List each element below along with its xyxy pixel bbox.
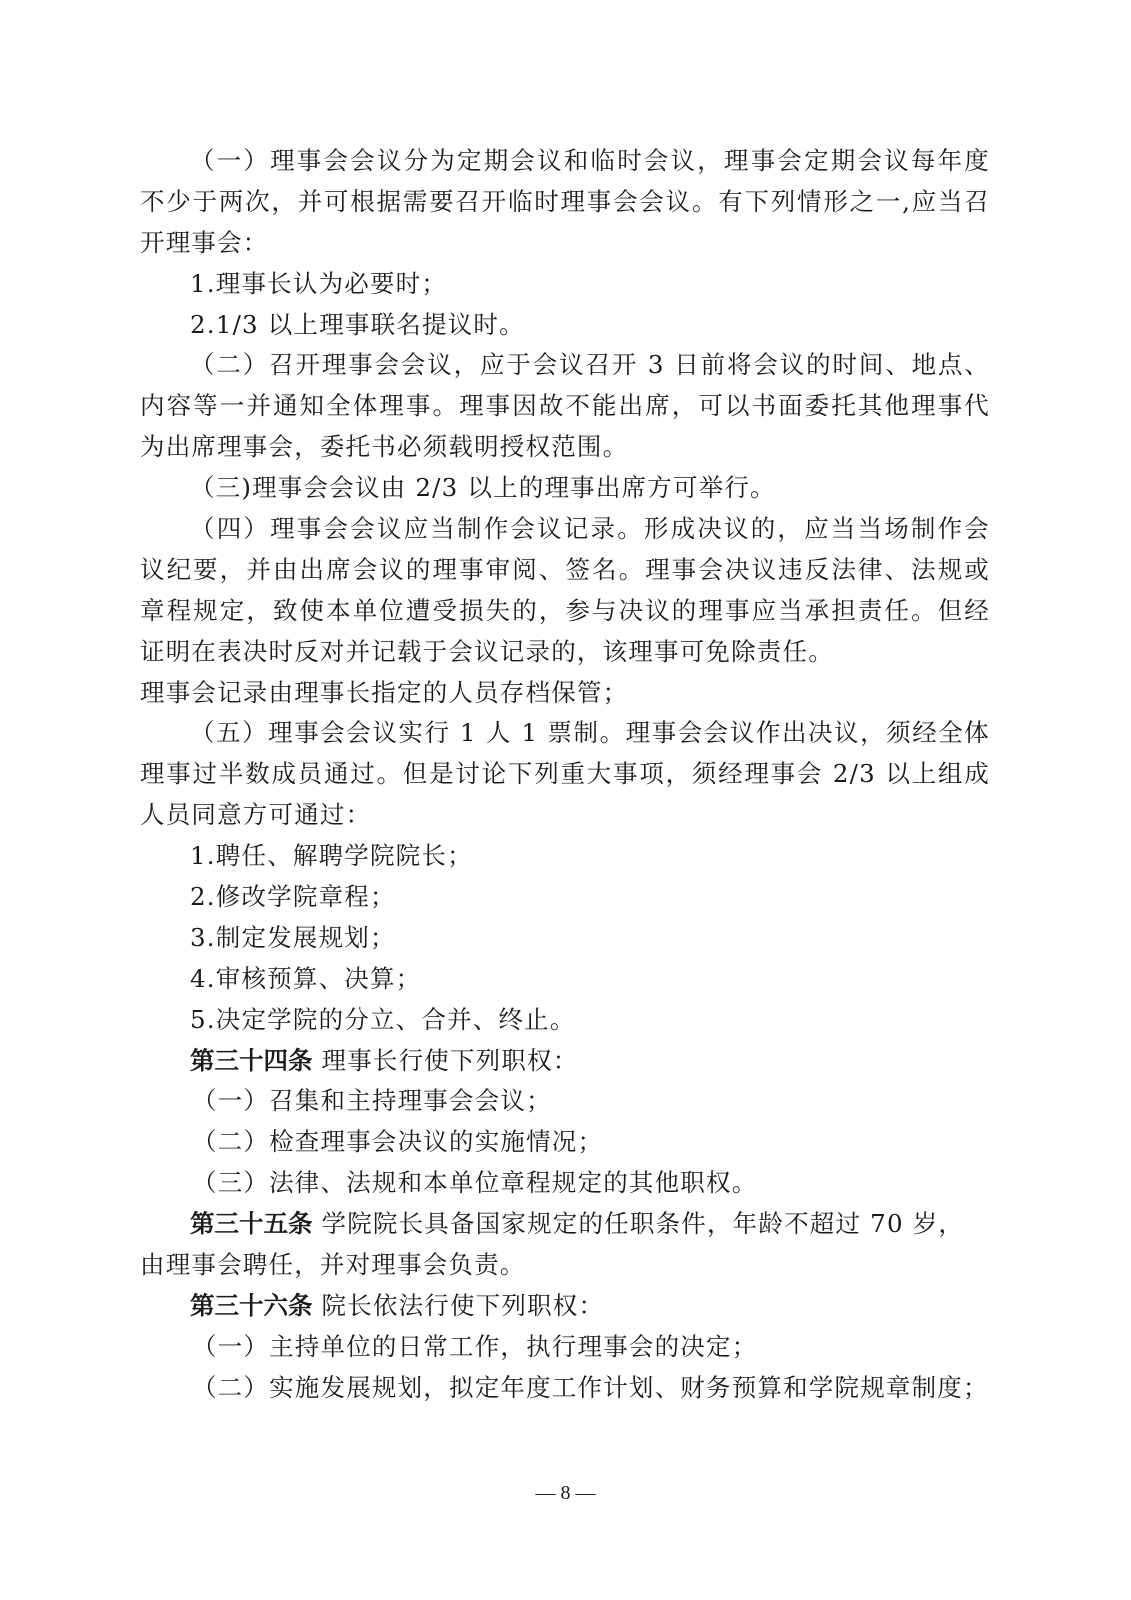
list-item: 1.聘任、解聘学院院长；	[140, 836, 990, 877]
list-item: （一）主持单位的日常工作，执行理事会的决定；	[140, 1327, 990, 1368]
article-text: 学院院长具备国家规定的任职条件，年龄不超过 70 岁，	[313, 1209, 965, 1238]
list-item: 2.修改学院章程；	[140, 877, 990, 918]
article-text: 院长依法行使下列职权：	[313, 1291, 605, 1320]
paragraph-line: （一）理事会会议分为定期会议和临时会议，理事会定期会议每年度	[140, 141, 990, 182]
article-number: 第三十四条	[190, 1046, 313, 1075]
list-item: 3.制定发展规划；	[140, 918, 990, 959]
list-item: （二）实施发展规划，拟定年度工作计划、财务预算和学院规章制度；	[140, 1368, 990, 1409]
paragraph-line: 理事过半数成员通过。但是讨论下列重大事项，须经理事会 2/3 以上组成	[140, 754, 990, 795]
article-number: 第三十五条	[190, 1209, 313, 1238]
paragraph-line: 理事会记录由理事长指定的人员存档保管；	[140, 673, 990, 714]
paragraph-line: 人员同意方可通过：	[140, 795, 990, 836]
list-item: 4.审核预算、决算；	[140, 959, 990, 1000]
paragraph-line: 内容等一并通知全体理事。理事因故不能出席，可以书面委托其他理事代	[140, 386, 990, 427]
article-heading-35: 第三十五条 学院院长具备国家规定的任职条件，年龄不超过 70 岁，	[140, 1204, 990, 1245]
page-number: — 8 —	[0, 1482, 1131, 1505]
paragraph-line: 证明在表决时反对并记载于会议记录的，该理事可免除责任。	[140, 632, 990, 673]
article-text: 理事长行使下列职权：	[313, 1046, 579, 1075]
list-item: （三）法律、法规和本单位章程规定的其他职权。	[140, 1163, 990, 1204]
list-item: 5.决定学院的分立、合并、终止。	[140, 1000, 990, 1041]
article-heading-34: 第三十四条 理事长行使下列职权：	[140, 1041, 990, 1082]
paragraph-line: （四）理事会会议应当制作会议记录。形成决议的，应当当场制作会	[140, 509, 990, 550]
list-item: （二）检查理事会决议的实施情况；	[140, 1122, 990, 1163]
list-item: （一）召集和主持理事会会议；	[140, 1081, 990, 1122]
paragraph-line: （五）理事会会议实行 1 人 1 票制。理事会会议作出决议，须经全体	[140, 713, 990, 754]
paragraph-line: （三)理事会会议由 2/3 以上的理事出席方可举行。	[140, 468, 990, 509]
list-item: 1.理事长认为必要时；	[140, 264, 990, 305]
list-item: 2.1/3 以上理事联名提议时。	[140, 305, 990, 346]
paragraph-line: （二）召开理事会会议，应于会议召开 3 日前将会议的时间、地点、	[140, 345, 990, 386]
paragraph-line: 由理事会聘任，并对理事会负责。	[140, 1245, 990, 1286]
paragraph-line: 不少于两次，并可根据需要召开临时理事会会议。有下列情形之一,应当召	[140, 182, 990, 223]
paragraph-line: 为出席理事会，委托书必须载明授权范围。	[140, 427, 990, 468]
article-heading-36: 第三十六条 院长依法行使下列职权：	[140, 1286, 990, 1327]
paragraph-line: 章程规定，致使本单位遭受损失的，参与决议的理事应当承担责任。但经	[140, 591, 990, 632]
paragraph-line: 开理事会：	[140, 223, 990, 264]
paragraph-line: 议纪要，并由出席会议的理事审阅、签名。理事会决议违反法律、法规或	[140, 550, 990, 591]
article-number: 第三十六条	[190, 1291, 313, 1320]
document-body: （一）理事会会议分为定期会议和临时会议，理事会定期会议每年度 不少于两次，并可根…	[140, 141, 990, 1409]
